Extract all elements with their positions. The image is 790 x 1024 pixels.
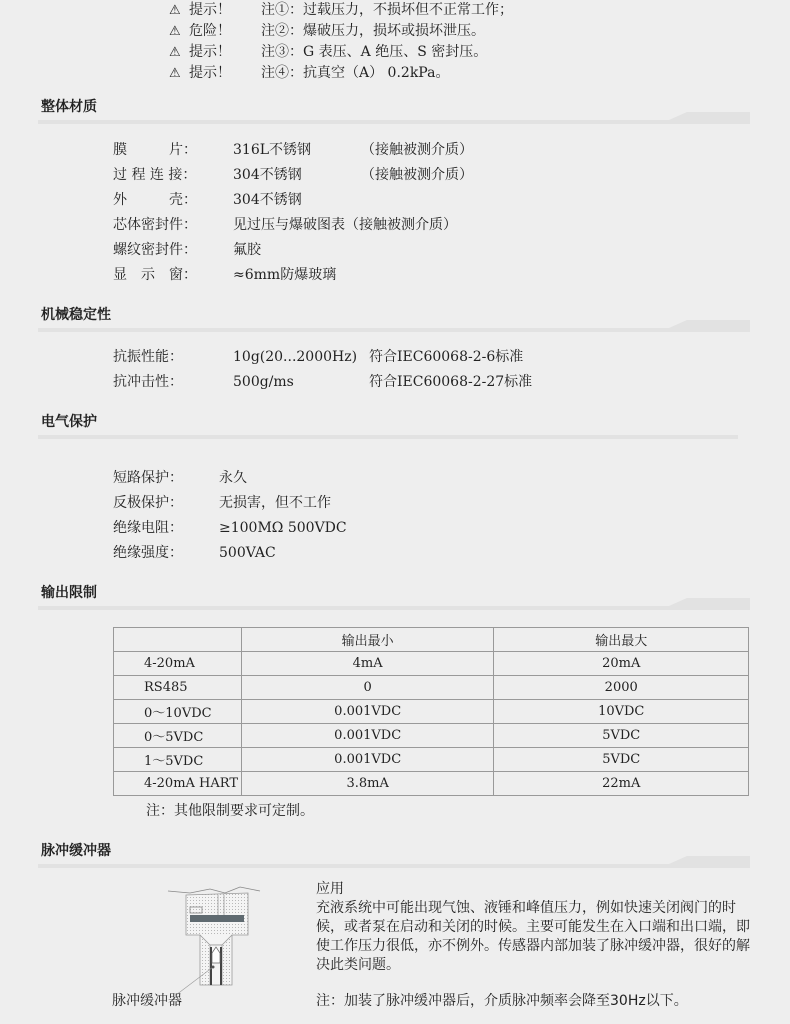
section-title: 脉冲缓冲器 [41, 840, 111, 860]
spec-label: 反极保护： [113, 491, 219, 516]
warning-icon: ⚠ [169, 63, 189, 84]
spec-page: ⚠ 提示！ 注①：过载压力，不损坏但不正常工作； ⚠ 危险！ 注②：爆破压力，损… [0, 0, 790, 1024]
warning-text: 注④：抗真空（A） 0.2kPa。 [261, 63, 449, 84]
warning-level: 提示！ [189, 42, 261, 63]
spec-row: 抗冲击性： 500g/ms 符合IEC60068-2-27标准 [113, 370, 532, 395]
table-cell: 0 [241, 676, 494, 700]
table-cell: RS485 [114, 676, 242, 700]
warning-icon: ⚠ [169, 42, 189, 63]
spec-row: 反极保护： 无损害，但不工作 [113, 491, 347, 516]
spec-label: 显 示 窗： [113, 263, 233, 288]
spec-row: 外 壳： 304不锈钢 [113, 188, 473, 213]
electrical-list: 短路保护： 永久 反极保护： 无损害，但不工作 绝缘电阻： ≥100MΩ 500… [113, 466, 347, 566]
section-header-pulse: 脉冲缓冲器 [38, 840, 750, 868]
section-divider-tab [660, 598, 750, 610]
table-cell: 3.8mA [241, 772, 494, 796]
table-note: 注：其他限制要求可定制。 [146, 800, 314, 820]
warning-text: 注②：爆破压力，损坏或损坏泄压。 [261, 21, 485, 42]
spec-value: 500g/ms [233, 370, 369, 395]
table-cell: 4-20mA [114, 652, 242, 676]
pulse-note: 注：加装了脉冲缓冲器后，介质脉冲频率会降至30Hz以下。 [316, 990, 688, 1010]
table-header-cell [114, 628, 242, 652]
output-limits-table: 输出最小 输出最大 4-20mA 4mA 20mA RS485 0 2000 0… [113, 627, 749, 796]
spec-extra: （接触被测介质） [361, 138, 473, 163]
table-row: 0～5VDC 0.001VDC 5VDC [114, 724, 749, 748]
spec-label: 外 壳： [113, 188, 233, 213]
table-cell: 22mA [494, 772, 749, 796]
spec-value: 10g(20...2000Hz) [233, 345, 369, 370]
materials-list: 膜 片： 316L不锈钢 （接触被测介质） 过 程 连 接： 304不锈钢 （接… [113, 138, 473, 288]
spec-label: 抗振性能： [113, 345, 233, 370]
spec-value: 见过压与爆破图表（接触被测介质） [233, 213, 457, 238]
spec-value: ≈6mm防爆玻璃 [233, 263, 336, 288]
table-row: 4-20mA 4mA 20mA [114, 652, 749, 676]
spec-extra: 符合IEC60068-2-6标准 [369, 345, 523, 370]
table-row: 1～5VDC 0.001VDC 5VDC [114, 748, 749, 772]
diagram-caption: 脉冲缓冲器 [112, 990, 182, 1010]
warning-item: ⚠ 提示！ 注①：过载压力，不损坏但不正常工作； [169, 0, 513, 21]
spec-value: ≥100MΩ 500VDC [219, 516, 347, 541]
section-title: 机械稳定性 [41, 304, 111, 324]
warning-text: 注①：过载压力，不损坏但不正常工作； [261, 0, 513, 21]
warning-icon: ⚠ [169, 21, 189, 42]
section-title: 输出限制 [41, 582, 97, 602]
warning-level: 危险！ [189, 21, 261, 42]
table-cell: 2000 [494, 676, 749, 700]
table-cell: 0.001VDC [241, 748, 494, 772]
table-cell: 4-20mA HART [114, 772, 242, 796]
table-cell: 1～5VDC [114, 748, 242, 772]
table-cell: 0.001VDC [241, 700, 494, 724]
spec-extra: 符合IEC60068-2-27标准 [369, 370, 532, 395]
spec-label: 螺纹密封件： [113, 238, 233, 263]
spec-label: 绝缘电阻： [113, 516, 219, 541]
section-header-electrical: 电气保护 [38, 411, 750, 439]
spec-value: 500VAC [219, 541, 276, 566]
table-cell: 0～5VDC [114, 724, 242, 748]
section-header-materials: 整体材质 [38, 96, 750, 124]
section-title: 整体材质 [41, 96, 97, 116]
warning-level: 提示！ [189, 0, 261, 21]
spec-label: 抗冲击性： [113, 370, 233, 395]
pulse-application: 应用 充液系统中可能出现气蚀、液锤和峰值压力，例如快速关闭阀门的时候，或者泵在启… [316, 880, 756, 975]
section-divider-tab [660, 320, 750, 332]
section-divider [38, 435, 738, 439]
mechanical-list: 抗振性能： 10g(20...2000Hz) 符合IEC60068-2-6标准 … [113, 345, 532, 395]
section-header-mechanical: 机械稳定性 [38, 304, 750, 332]
warnings-list: ⚠ 提示！ 注①：过载压力，不损坏但不正常工作； ⚠ 危险！ 注②：爆破压力，损… [169, 0, 513, 84]
section-title: 电气保护 [41, 411, 97, 431]
section-divider-tab [660, 856, 750, 868]
warning-item: ⚠ 提示！ 注④：抗真空（A） 0.2kPa。 [169, 63, 513, 84]
table-row: RS485 0 2000 [114, 676, 749, 700]
table-header-cell: 输出最小 [241, 628, 494, 652]
spec-label: 绝缘强度： [113, 541, 219, 566]
warning-item: ⚠ 提示！ 注③：G 表压、A 绝压、S 密封压。 [169, 42, 513, 63]
spec-label: 膜 片： [113, 138, 233, 163]
spec-value: 316L不锈钢 [233, 138, 361, 163]
spec-value: 304不锈钢 [233, 163, 361, 188]
spec-row: 短路保护： 永久 [113, 466, 347, 491]
section-divider [38, 606, 738, 610]
table-header-cell: 输出最大 [494, 628, 749, 652]
spec-label: 短路保护： [113, 466, 219, 491]
table-cell: 10VDC [494, 700, 749, 724]
spec-extra: （接触被测介质） [361, 163, 473, 188]
spec-row: 膜 片： 316L不锈钢 （接触被测介质） [113, 138, 473, 163]
table-row: 0～10VDC 0.001VDC 10VDC [114, 700, 749, 724]
table-cell: 0.001VDC [241, 724, 494, 748]
spec-row: 绝缘电阻： ≥100MΩ 500VDC [113, 516, 347, 541]
spec-row: 螺纹密封件： 氟胶 [113, 238, 473, 263]
spec-label: 过 程 连 接： [113, 163, 233, 188]
spec-row: 绝缘强度： 500VAC [113, 541, 347, 566]
pulse-damper-diagram [160, 885, 270, 995]
section-divider [38, 328, 738, 332]
table-cell: 0～10VDC [114, 700, 242, 724]
spec-row: 抗振性能： 10g(20...2000Hz) 符合IEC60068-2-6标准 [113, 345, 532, 370]
section-divider [38, 864, 738, 868]
spec-row: 过 程 连 接： 304不锈钢 （接触被测介质） [113, 163, 473, 188]
spec-value: 304不锈钢 [233, 188, 361, 213]
spec-row: 显 示 窗： ≈6mm防爆玻璃 [113, 263, 473, 288]
section-divider [38, 120, 738, 124]
spec-value: 氟胶 [233, 238, 261, 263]
spec-row: 芯体密封件： 见过压与爆破图表（接触被测介质） [113, 213, 473, 238]
warning-icon: ⚠ [169, 0, 189, 21]
table-cell: 5VDC [494, 724, 749, 748]
table-row: 4-20mA HART 3.8mA 22mA [114, 772, 749, 796]
spec-value: 永久 [219, 466, 247, 491]
section-header-output: 输出限制 [38, 582, 750, 610]
table-header-row: 输出最小 输出最大 [114, 628, 749, 652]
application-text: 充液系统中可能出现气蚀、液锤和峰值压力，例如快速关闭阀门的时候，或者泵在启动和关… [316, 899, 756, 975]
spec-label: 芯体密封件： [113, 213, 233, 238]
warning-item: ⚠ 危险！ 注②：爆破压力，损坏或损坏泄压。 [169, 21, 513, 42]
warning-level: 提示！ [189, 63, 261, 84]
spec-value: 无损害，但不工作 [219, 491, 331, 516]
application-title: 应用 [316, 880, 756, 899]
table-cell: 4mA [241, 652, 494, 676]
warning-text: 注③：G 表压、A 绝压、S 密封压。 [261, 42, 487, 63]
table-cell: 5VDC [494, 748, 749, 772]
section-divider-tab [660, 112, 750, 124]
table-cell: 20mA [494, 652, 749, 676]
